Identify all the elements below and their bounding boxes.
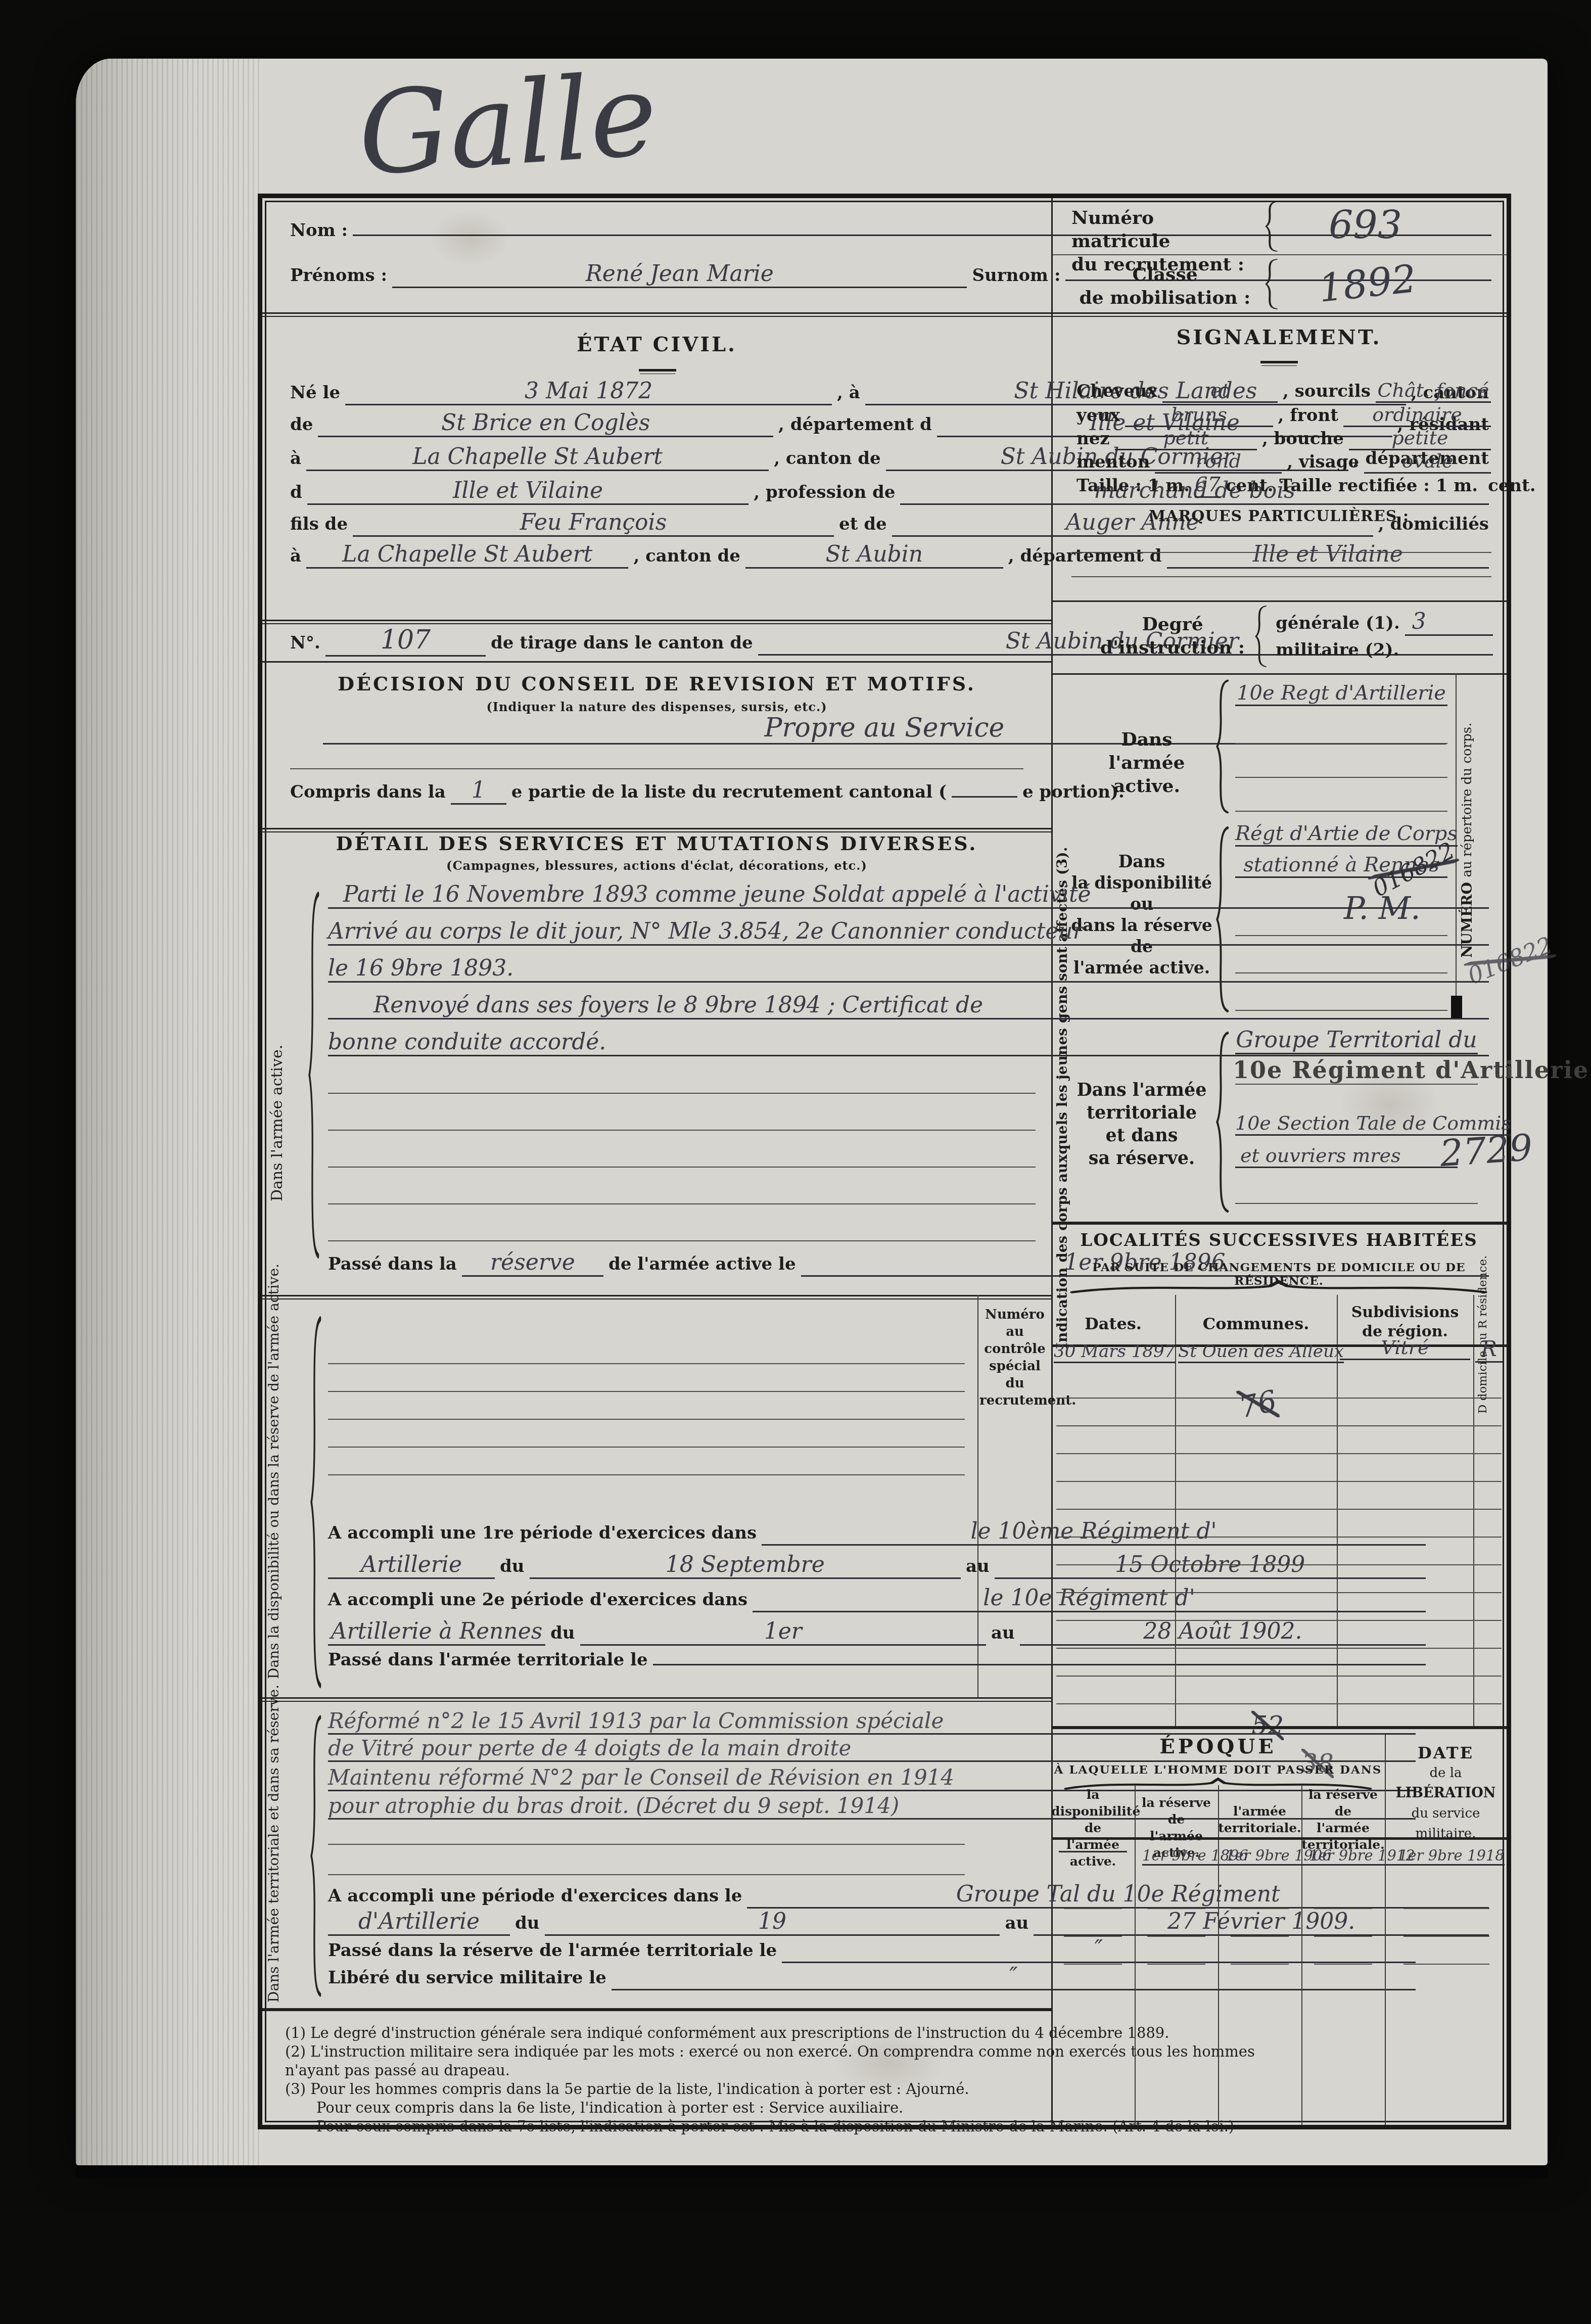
tirage-no-field[interactable]: 107: [325, 625, 486, 657]
cent-label: cent.: [1488, 476, 1536, 496]
footnote-1: (1) Le degré d'instruction générale sera…: [285, 2024, 1276, 2042]
compris-portion-field[interactable]: [952, 792, 1017, 798]
etat-civil-title: ÉTAT CIVIL.: [262, 333, 1051, 356]
departement-residence-field[interactable]: Ille et Vilaine: [307, 478, 748, 505]
name-signature: Galle: [355, 57, 661, 194]
passe-reserve-mid-label: de l'armée active le: [609, 1254, 796, 1274]
brace-icon: [1255, 606, 1268, 667]
epoque-value-cell[interactable]: 1er 9bre 1918: [1398, 1847, 1494, 1866]
nez-label: nez: [1077, 429, 1110, 449]
field-label: Né le: [290, 383, 340, 403]
visage-field[interactable]: ovale: [1364, 450, 1491, 474]
brace-icon: [1216, 679, 1230, 814]
signalement-row: nez petit , bouche petite: [1077, 427, 1491, 450]
residence-field[interactable]: La Chapelle St Aubert: [306, 444, 769, 471]
compris-partie-field[interactable]: 1: [451, 777, 506, 805]
sourcils-field[interactable]: Chât. foncé: [1376, 379, 1491, 403]
services-entry[interactable]: Parti le 16 Novembre 1893 comme jeune So…: [328, 881, 1489, 909]
corps-terr-number: 2729: [1438, 1126, 1534, 1175]
form-frame: Galle Nom : Prénoms : René Jean Marie Su…: [258, 194, 1511, 2129]
corps-active-field[interactable]: 10e Regt d'Artillerie: [1235, 681, 1447, 706]
book-page-edges: [76, 59, 263, 2165]
etat-civil-line: à La Chapelle St Aubert , canton de St A…: [290, 541, 1489, 569]
periode-terr-label: A accompli une période d'exercices dans …: [328, 1886, 742, 1906]
field-label: , à: [837, 383, 860, 403]
au-label: au: [1005, 1913, 1028, 1933]
surnom-label: Surnom :: [972, 265, 1060, 286]
birthdate-field[interactable]: 3 Mai 1872: [345, 378, 832, 405]
parents-canton-field[interactable]: St Aubin: [745, 541, 1003, 569]
footnote-3: (3) Pour les hommes compris dans la 5e p…: [285, 2080, 1276, 2099]
passe-reserve-label: Passé dans la: [328, 1254, 457, 1274]
prenoms-field[interactable]: René Jean Marie: [392, 261, 967, 288]
degre-militaire-row: militaire (2).: [1276, 640, 1493, 660]
visage-label: , visage: [1287, 452, 1359, 472]
canton-field[interactable]: St Brice en Coglès: [318, 410, 773, 437]
father-field[interactable]: Feu François: [353, 509, 834, 537]
epoque-date-header: DATE de la LIBÉRATION du service militai…: [1385, 1743, 1507, 1844]
nom-row: Nom :: [290, 220, 1491, 241]
degre-generale-label: générale (1).: [1276, 613, 1400, 633]
du-label: du: [550, 1623, 575, 1643]
corps-dispo-field[interactable]: Régt d'Artie de Corps: [1235, 822, 1458, 847]
regiment-stamp: 10e Régiment d'Artillerie: [1233, 1056, 1589, 1084]
field-label: de: [290, 414, 313, 435]
marques-label: MARQUES PARTICULIÈRES :: [1051, 507, 1507, 525]
periode-terr-field[interactable]: d'Artillerie: [328, 1909, 510, 1936]
services-line: le 16 9bre 1893.: [328, 955, 1489, 983]
classe-label: Classede mobilisation :: [1071, 263, 1258, 309]
degre-militaire-label: militaire (2).: [1276, 640, 1399, 660]
epoque-col4-header: la réservedel'arméeterritoriale.: [1301, 1786, 1385, 1853]
field-label: , département d: [1008, 546, 1162, 566]
nom-field[interactable]: [353, 230, 1491, 236]
signalement-row: menton rond , visage ovale: [1077, 450, 1491, 474]
field-label: , canton de: [774, 448, 880, 469]
localites-row-commune[interactable]: St Ouen des Alleux: [1178, 1341, 1334, 1363]
localites-col-communes: Communes.: [1175, 1314, 1337, 1333]
tirage-no-label: N°.: [290, 633, 320, 653]
compris-label: Compris dans la: [290, 782, 446, 802]
margin-label-active: Dans l'armée active.: [268, 956, 287, 1290]
document-scan: Galle Nom : Prénoms : René Jean Marie Su…: [0, 0, 1591, 2324]
field-label: , département d: [778, 414, 932, 435]
degre-label: Degréd'instruction :: [1097, 613, 1248, 659]
footnotes: (1) Le degré d'instruction générale sera…: [285, 2024, 1276, 2136]
services-entry[interactable]: le 16 9bre 1893.: [328, 955, 1489, 983]
reserve-territoriale-label: Passé dans la réserve de l'armée territo…: [328, 1940, 777, 1961]
signalement-title: SIGNALEMENT.: [1051, 326, 1507, 349]
taille-rectifiee-label: cent. Taille rectifiée : 1 m.: [1226, 476, 1478, 496]
epoque-value-cell[interactable]: 1er 9bre 1912: [1309, 1847, 1377, 1866]
field-label: à: [290, 546, 301, 566]
tirage-mid-label: de tirage dans le canton de: [491, 633, 753, 653]
corps-terr-field[interactable]: et ouvriers mres: [1235, 1144, 1458, 1168]
services-entry[interactable]: Arrivé au corps le dit jour, N° Mle 3.85…: [328, 918, 1489, 946]
localites-title: LOCALITÉS SUCCESSIVES HABITÉES: [1051, 1230, 1507, 1250]
epoque-value-cell[interactable]: 1er 9bre 1896: [1142, 1847, 1210, 1866]
epoque-value-cell[interactable]: [1059, 1847, 1127, 1852]
localites-empty-rows: [1056, 1371, 1502, 1704]
passe-reserve-field[interactable]: réserve: [462, 1249, 603, 1277]
degre-generale-row: générale (1). 3: [1276, 609, 1493, 636]
field-label: , profession de: [754, 482, 895, 502]
periode1-start-field[interactable]: 18 Septembre: [530, 1552, 961, 1579]
epoque-empty-rows: [1231, 1881, 1289, 1982]
libere-field[interactable]: ″: [612, 1963, 1416, 1990]
decision-row: Propre au Service: [323, 713, 1446, 745]
brace-icon: [311, 1315, 322, 1689]
menton-label: menton: [1077, 452, 1150, 472]
front-label: , front: [1278, 405, 1338, 426]
decision-subtitle: (Indiquer la nature des dispenses, sursi…: [262, 700, 1051, 714]
services-subtitle: (Campagnes, blessures, actions d'éclat, …: [262, 858, 1051, 873]
field-label: et de: [839, 514, 887, 534]
field-label: , canton de: [633, 546, 740, 566]
prenoms-label: Prénoms :: [290, 265, 387, 286]
epoque-col1-header: ladisponibilitédel'armée active.: [1051, 1786, 1135, 1870]
services-line: bonne conduite accordé.: [328, 1029, 1489, 1056]
field-label: à: [290, 448, 301, 469]
cheveux-field[interactable]: et: [1162, 379, 1278, 403]
epoque-subtitle: À LAQUELLE L'HOMME DOIT PASSER DANS: [1051, 1763, 1385, 1777]
title-rule: [1260, 361, 1298, 363]
nom-label: Nom :: [290, 220, 348, 241]
cheveux-label: Cheveux: [1077, 381, 1157, 401]
periode2-start-field[interactable]: 1er: [580, 1618, 986, 1646]
compris-row: Compris dans la 1 e partie de la liste d…: [290, 777, 1486, 805]
localites-col-subdivisions: Subdivisionsde région.: [1337, 1303, 1473, 1341]
brace-icon: [309, 891, 320, 1260]
yeux-label: yeux: [1077, 405, 1120, 426]
margin-label-terr: Dans l'armée territoriale et dans sa rés…: [265, 1719, 304, 2003]
periode1-label: A accompli une 1re période d'exercices d…: [328, 1523, 757, 1543]
menton-field[interactable]: rond: [1155, 450, 1282, 474]
degre-generale-field[interactable]: 3: [1405, 609, 1493, 636]
field-label: d: [290, 482, 302, 502]
du-label: du: [500, 1556, 525, 1576]
services-line: Renvoyé dans ses foyers le 8 9bre 1894 ;…: [328, 992, 1489, 1019]
epoque-empty-rows: [1403, 1881, 1489, 1982]
taille-row: Taille : 1 m. 67 cent. Taille rectifiée …: [1077, 473, 1491, 498]
footnote-2: (2) L'instruction militaire sera indiqué…: [285, 2042, 1276, 2080]
localites-row-date[interactable]: 30 Mars 1897: [1054, 1341, 1173, 1363]
localites-row-dr[interactable]: R: [1475, 1336, 1503, 1363]
signalement-row: Cheveux et , sourcils Chât. foncé: [1077, 379, 1491, 403]
epoque-value-cell[interactable]: 1er 9bre 1906: [1226, 1847, 1294, 1866]
epoque-empty-rows: [1064, 1881, 1122, 1982]
services-entry[interactable]: Renvoyé dans ses foyers le 8 9bre 1894 ;…: [328, 992, 1489, 1019]
brace-icon: [1216, 1031, 1230, 1213]
au-label: au: [966, 1556, 990, 1576]
periode-terr-start-field[interactable]: 19: [545, 1909, 1000, 1936]
bouche-field[interactable]: petite: [1349, 427, 1491, 450]
brace-icon: [311, 1714, 322, 1997]
sourcils-label: , sourcils: [1283, 381, 1371, 401]
signalement-row: yeux bruns , front ordinaire: [1077, 403, 1491, 427]
corps-terr-label: Dans l'arméeterritoriale et danssa réser…: [1071, 1079, 1212, 1170]
field-label: fils de: [290, 514, 348, 534]
compris-mid-label: e partie de la liste du recrutement cant…: [511, 782, 947, 802]
brace-icon: [1266, 201, 1279, 252]
decision-title: DÉCISION DU CONSEIL DE REVISION ET MOTIF…: [262, 672, 1051, 695]
matricule-value[interactable]: 693: [1329, 202, 1402, 247]
taille-field[interactable]: 67: [1195, 473, 1221, 498]
services-line: Parti le 16 Novembre 1893 comme jeune So…: [328, 881, 1489, 909]
corps-active-label: Dansl'armée active.: [1081, 728, 1212, 798]
degre-militaire-field[interactable]: [1404, 650, 1493, 656]
yeux-field[interactable]: bruns: [1125, 403, 1273, 427]
nez-field[interactable]: petit: [1115, 427, 1257, 450]
corps-active-row: 10e Regt d'Artillerie: [1235, 681, 1447, 706]
periode1-field[interactable]: Artillerie: [328, 1552, 495, 1579]
corps-dispo-row: Régt d'Artie de Corps: [1235, 822, 1447, 847]
services-title: DÉTAIL DES SERVICES ET MUTATIONS DIVERSE…: [262, 832, 1051, 855]
periode2-field[interactable]: Artillerie à Rennes: [328, 1618, 545, 1646]
epoque-title: ÉPOQUE: [1051, 1735, 1385, 1758]
localites-row-subdivision[interactable]: Vitré: [1340, 1336, 1470, 1360]
parents-departement-field[interactable]: Ille et Vilaine: [1167, 541, 1489, 569]
footnote-4: Pour ceux compris dans la 6e liste, l'in…: [285, 2099, 1276, 2117]
libere-label: Libéré du service militaire le: [328, 1968, 606, 1988]
epoque-col3-header: l'arméeterritoriale.: [1218, 1803, 1301, 1836]
corps-terr-row: 10e Section Tale de Commis: [1235, 1112, 1458, 1136]
services-line: Arrivé au corps le dit jour, N° Mle 3.85…: [328, 918, 1489, 946]
brace-icon: [1266, 259, 1279, 309]
epoque-empty-rows: [1147, 1881, 1205, 1982]
passe-territoriale-label: Passé dans l'armée territoriale le: [328, 1650, 648, 1670]
du-label: du: [515, 1913, 540, 1933]
bouche-label: , bouche: [1262, 429, 1344, 449]
au-label: au: [991, 1623, 1015, 1643]
prenoms-row: Prénoms : René Jean Marie Surnom :: [290, 261, 1491, 288]
localites-col-dates: Dates.: [1051, 1314, 1175, 1333]
services-entry[interactable]: bonne conduite accordé.: [328, 1029, 1489, 1056]
corps-terr-row: et ouvriers mres: [1235, 1144, 1458, 1168]
taille-label: Taille : 1 m.: [1077, 476, 1190, 496]
classe-value[interactable]: 1892: [1317, 256, 1419, 311]
epoque-empty-rows: [1314, 1881, 1372, 1982]
parents-domicile-field[interactable]: La Chapelle St Aubert: [306, 541, 628, 569]
controle-header: Numéroau contrôle spécial durecrutement.: [979, 1306, 1050, 1409]
footnote-5: Pour ceux compris dans la 7e liste, l'in…: [285, 2117, 1276, 2136]
ornament-brace: [1066, 1281, 1491, 1294]
decision-field[interactable]: Propre au Service: [323, 713, 1446, 745]
register-page: Galle Nom : Prénoms : René Jean Marie Su…: [76, 59, 1548, 2165]
periode2-label: A accompli une 2e période d'exercices da…: [328, 1590, 747, 1610]
title-rule: [639, 369, 676, 371]
front-field[interactable]: ordinaire: [1343, 403, 1491, 427]
margin-label-dispo: Dans la disponibilité ou dans la réserve…: [265, 1325, 304, 1679]
